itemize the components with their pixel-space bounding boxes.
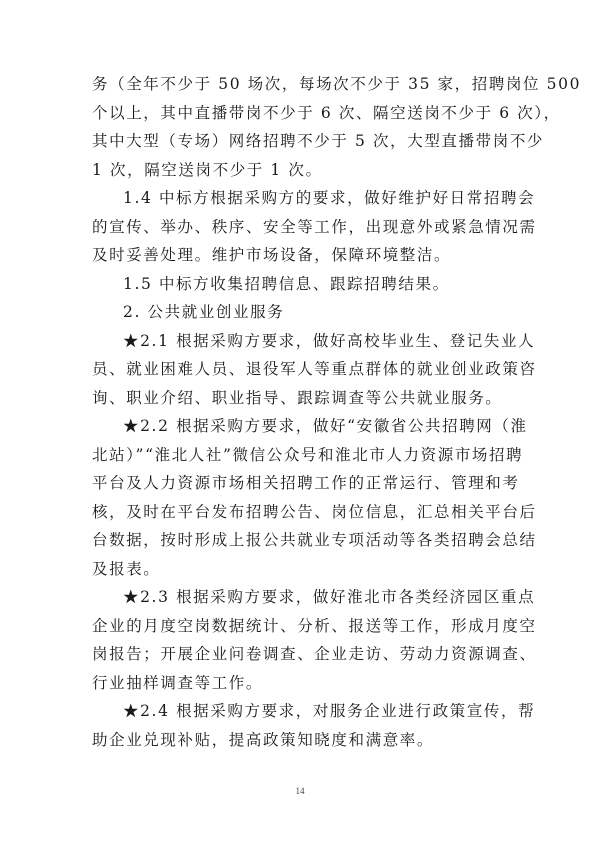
text-line: 务（全年不少于 50 场次，每场次不少于 35 家，招聘岗位 500: [92, 70, 512, 99]
text-line: 核，及时在平台发布招聘公告、岗位信息，汇总相关平台后: [92, 498, 512, 527]
text-line: 台数据，按时形成上报公共就业专项活动等各类招聘会总结: [92, 526, 512, 555]
text-line: 及时妥善处理。维护市场设备，保障环境整洁。: [92, 241, 512, 270]
text-line: 其中大型（专场）网络招聘不少于 5 次，大型直播带岗不少: [92, 127, 512, 156]
paragraph-start-1-4: 1.4 中标方根据采购方的要求，做好维护好日常招聘会: [92, 184, 512, 213]
text-line: 员、就业困难人员、退役军人等重点群体的就业创业政策咨: [92, 355, 512, 384]
text-line: 岗报告；开展企业问卷调查、企业走访、劳动力资源调查、: [92, 640, 512, 669]
paragraph-start-2-2: ★2.2 根据采购方要求，做好“安徽省公共招聘网（淮: [92, 412, 512, 441]
text-line: 助企业兑现补贴，提高政策知晓度和满意率。: [92, 726, 512, 755]
section-heading-2: 2. 公共就业创业服务: [92, 298, 512, 327]
text-line: 北站）”“淮北人社”微信公众号和淮北市人力资源市场招聘: [92, 441, 512, 470]
paragraph-start-2-1: ★2.1 根据采购方要求，做好高校毕业生、登记失业人: [92, 327, 512, 356]
text-line: 及报表。: [92, 555, 512, 584]
text-line: 的宣传、举办、秩序、安全等工作，出现意外或紧急情况需: [92, 213, 512, 242]
text-line: 询、职业介绍、职业指导、跟踪调查等公共就业服务。: [92, 384, 512, 413]
document-page: 务（全年不少于 50 场次，每场次不少于 35 家，招聘岗位 500 个以上，其…: [0, 0, 600, 848]
paragraph-start-2-4: ★2.4 根据采购方要求，对服务企业进行政策宣传，帮: [92, 697, 512, 726]
page-number: 14: [0, 786, 600, 796]
paragraph-start-1-5: 1.5 中标方收集招聘信息、跟踪招聘结果。: [92, 270, 512, 299]
body-text: 务（全年不少于 50 场次，每场次不少于 35 家，招聘岗位 500 个以上，其…: [92, 70, 512, 754]
text-line: 平台及人力资源市场相关招聘工作的正常运行、管理和考: [92, 469, 512, 498]
text-line: 个以上，其中直播带岗不少于 6 次、隔空送岗不少于 6 次），: [92, 99, 512, 128]
text-line: 企业的月度空岗数据统计、分析、报送等工作，形成月度空: [92, 612, 512, 641]
text-line: 行业抽样调查等工作。: [92, 669, 512, 698]
text-line: 1 次，隔空送岗不少于 1 次。: [92, 156, 512, 185]
paragraph-start-2-3: ★2.3 根据采购方要求，做好淮北市各类经济园区重点: [92, 583, 512, 612]
